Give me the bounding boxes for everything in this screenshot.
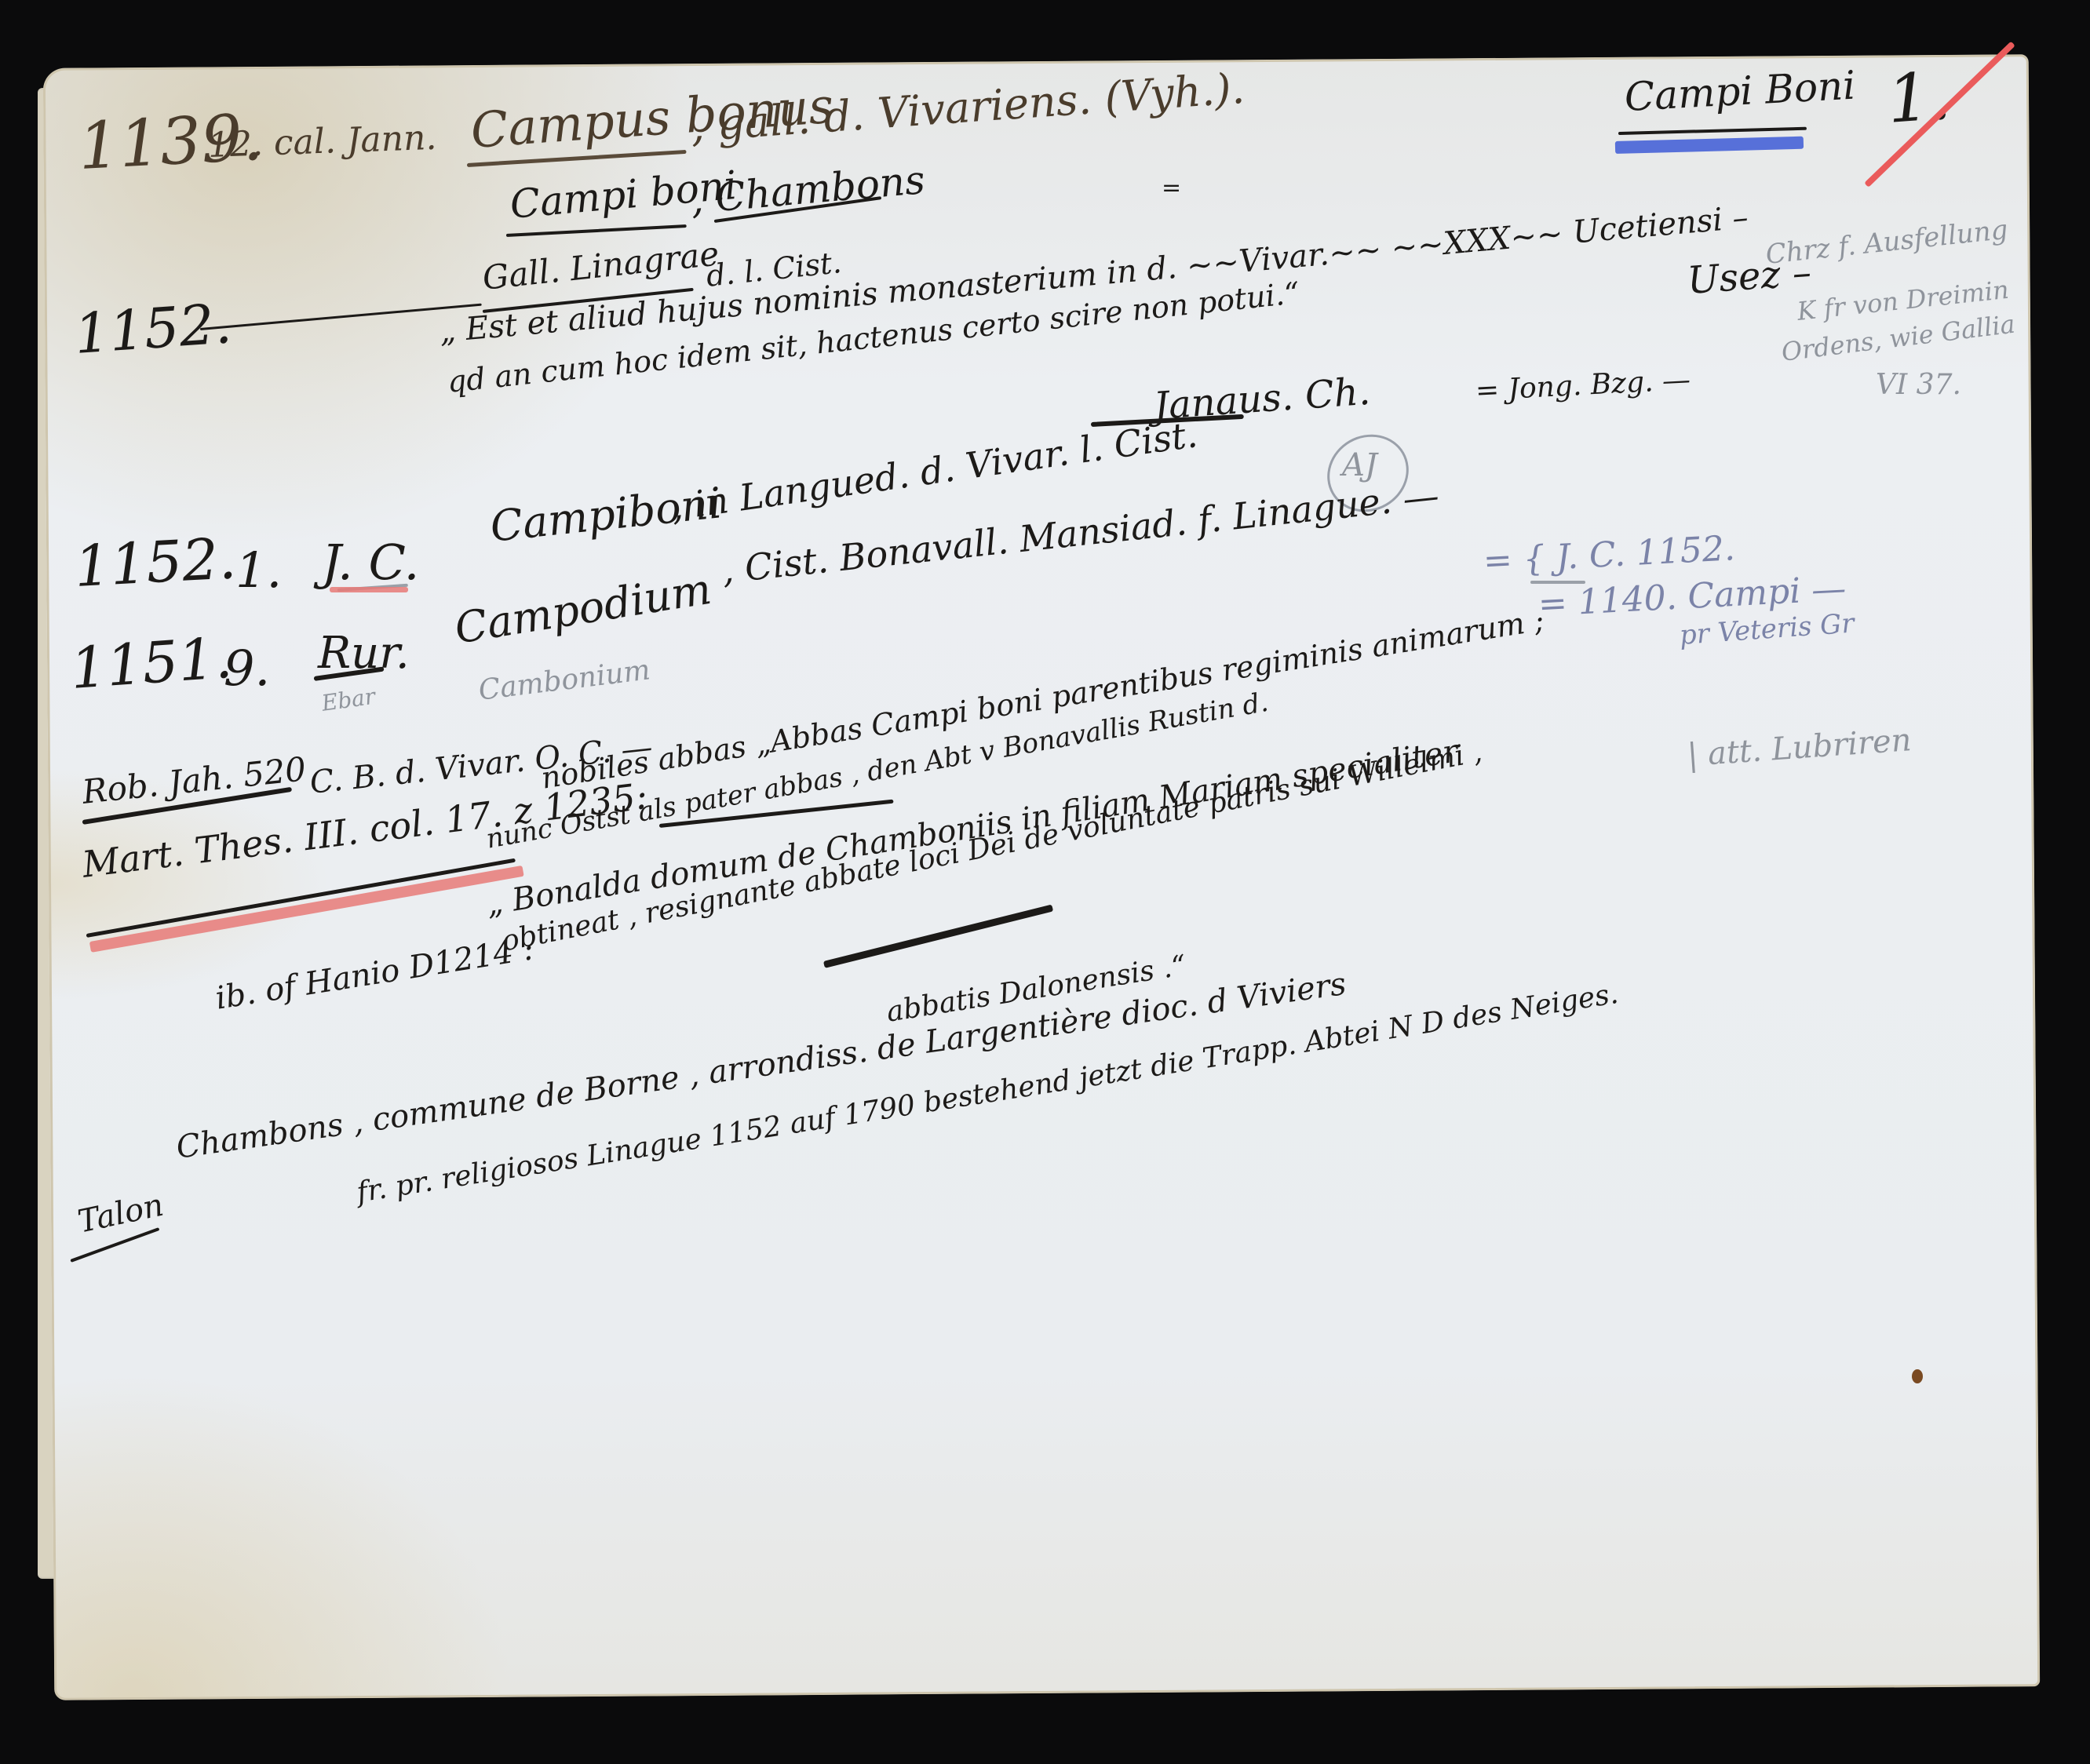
pencil-initials-aj: AJ (1342, 447, 1377, 483)
equals-mark: = (1162, 174, 1181, 202)
entry-year-1151: 1151. (68, 625, 234, 702)
red-pencil-underline (330, 587, 408, 592)
source-abbr-jc: J. C. (322, 534, 419, 591)
page-number: 1. (1885, 57, 1953, 138)
entry-year-1152: 1152. (73, 525, 238, 600)
ink-stain (1912, 1369, 1923, 1383)
notebook-page (43, 54, 2040, 1700)
pencil-note-line-4: VI 37. (1876, 369, 1961, 401)
entry-number: 1. (235, 541, 282, 599)
entry-date: 12. cal. Jann. (207, 118, 437, 166)
entry-number: 9. (224, 640, 270, 697)
